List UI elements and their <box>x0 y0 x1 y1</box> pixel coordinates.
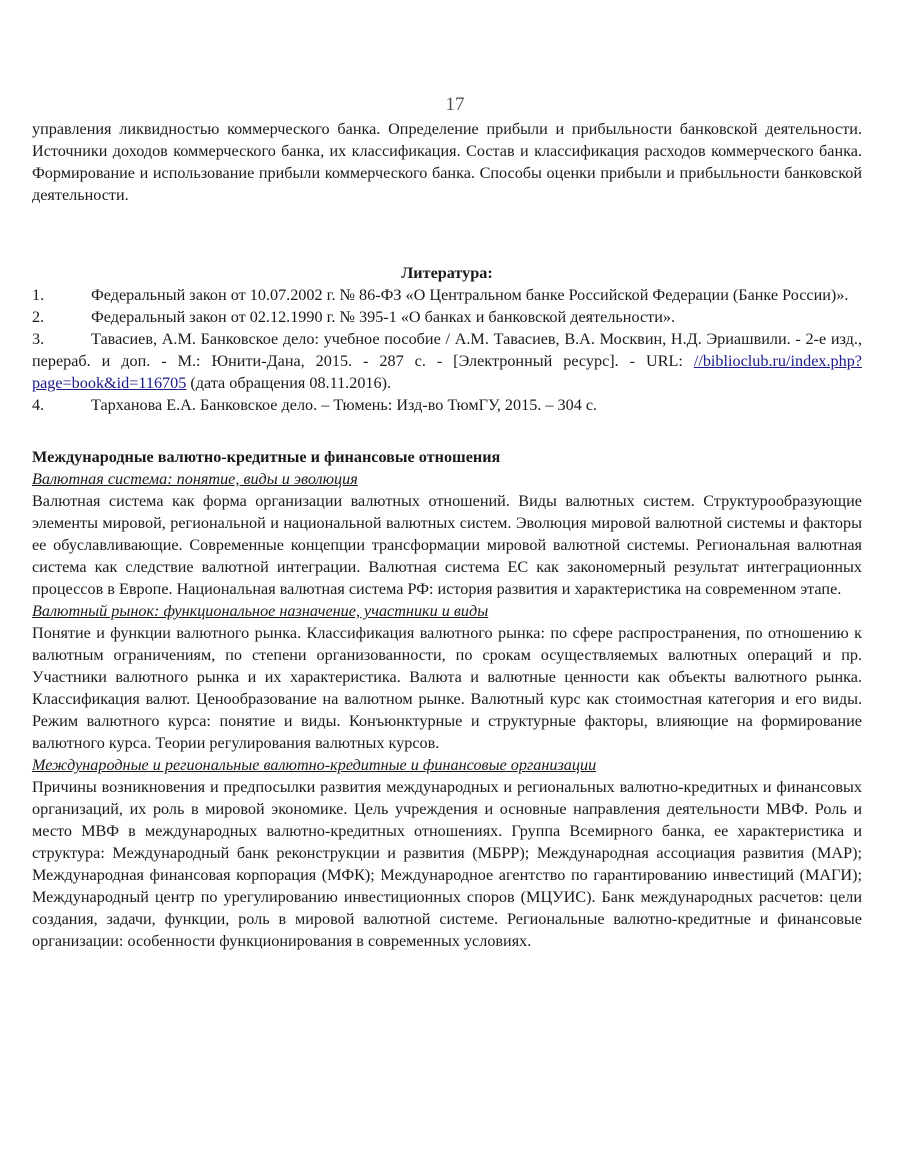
literature-item-number: 2. <box>32 306 91 328</box>
literature-item-text: Тарханова Е.А. Банковское дело. – Тюмень… <box>91 396 597 414</box>
subsection-title-currency-market: Валютный рынок: функциональное назначени… <box>32 600 862 622</box>
subsection-title-organizations: Международные и региональные валютно-кре… <box>32 754 862 776</box>
literature-item: 3.Тавасиев, А.М. Банковское дело: учебно… <box>32 328 862 394</box>
literature-item-number: 1. <box>32 284 91 306</box>
literature-item-number: 3. <box>32 328 91 350</box>
spacer <box>32 416 862 438</box>
literature-item-access-date: (дата обращения 08.11.2016). <box>186 374 391 392</box>
literature-item: 4.Тарханова Е.А. Банковское дело. – Тюме… <box>32 394 862 416</box>
literature-item-number: 4. <box>32 394 91 416</box>
subsection-text-currency-market: Понятие и функции валютного рынка. Класс… <box>32 622 862 754</box>
literature-item: 1.Федеральный закон от 10.07.2002 г. № 8… <box>32 284 862 306</box>
literature-item-text: Федеральный закон от 10.07.2002 г. № 86-… <box>91 286 848 304</box>
literature-item: 2.Федеральный закон от 02.12.1990 г. № 3… <box>32 306 862 328</box>
intro-paragraph: управления ликвидностью коммерческого ба… <box>32 118 862 206</box>
literature-item-text: Федеральный закон от 02.12.1990 г. № 395… <box>91 308 675 326</box>
subsection-text-organizations: Причины возникновения и предпосылки разв… <box>32 776 862 952</box>
document-body: управления ликвидностью коммерческого ба… <box>32 118 862 952</box>
section-title: Международные валютно-кредитные и финанс… <box>32 446 862 468</box>
subsection-title-currency-system: Валютная система: понятие, виды и эволюц… <box>32 468 862 490</box>
literature-title: Литература: <box>32 262 862 284</box>
subsection-text-currency-system: Валютная система как форма организации в… <box>32 490 862 600</box>
page-number: 17 <box>0 94 910 116</box>
spacer <box>32 206 862 250</box>
